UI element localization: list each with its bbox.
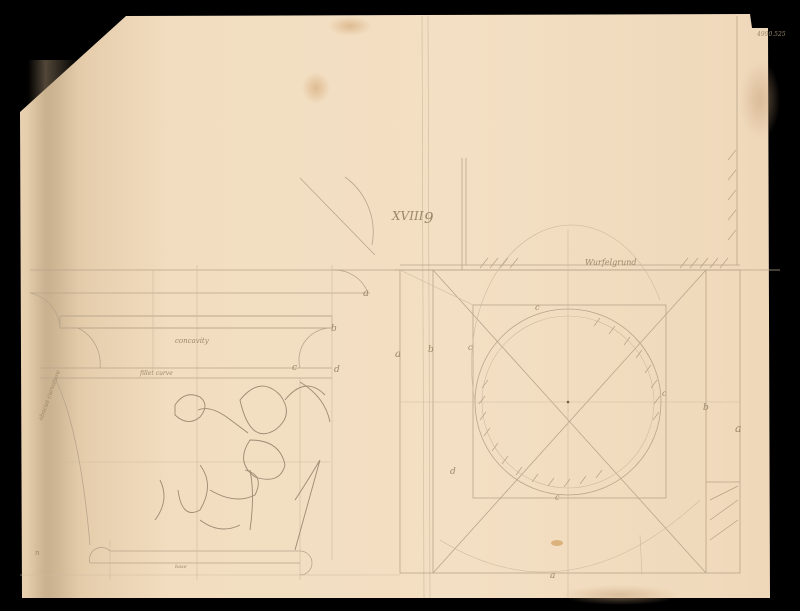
plan-label-c-top: c (535, 303, 540, 312)
stain (740, 60, 780, 140)
plan-label-b: b (428, 345, 434, 355)
plan-title: Wurfelgrund (585, 258, 637, 267)
paper-shadow-band (28, 60, 78, 598)
paper-sheet (20, 14, 770, 598)
plan-label-c-right: c (662, 389, 667, 398)
stain (328, 16, 372, 36)
label-point-b: b (331, 324, 337, 334)
annotation-base: base (175, 564, 187, 570)
stain (302, 72, 330, 104)
plan-label-a-left: a (395, 349, 401, 360)
drawing-sheet: a b c d concavity fillet curve abacus cu… (0, 0, 800, 611)
plate-number: XVIII (391, 209, 424, 223)
plan-label-b-right: b (703, 403, 709, 413)
plan-label-a-right: a (735, 422, 742, 435)
label-point-d: d (334, 365, 340, 375)
inventory-number: 4990.525 (756, 31, 786, 38)
plan-label-a-bottom: a (550, 571, 555, 581)
corner-mark: n (35, 549, 40, 557)
annotation-fillet: fillet curve (139, 370, 173, 377)
plate-sub-number: 9 (424, 209, 434, 227)
stain (560, 585, 680, 605)
plan-label-d: d (450, 467, 456, 477)
stain (551, 540, 563, 546)
label-point-a: a (363, 288, 369, 299)
plan-label-c-left: c (468, 343, 473, 352)
label-point-c: c (292, 363, 297, 373)
plan-label-c-bottom: c (555, 493, 560, 502)
annotation-concavity: concavity (175, 337, 210, 345)
